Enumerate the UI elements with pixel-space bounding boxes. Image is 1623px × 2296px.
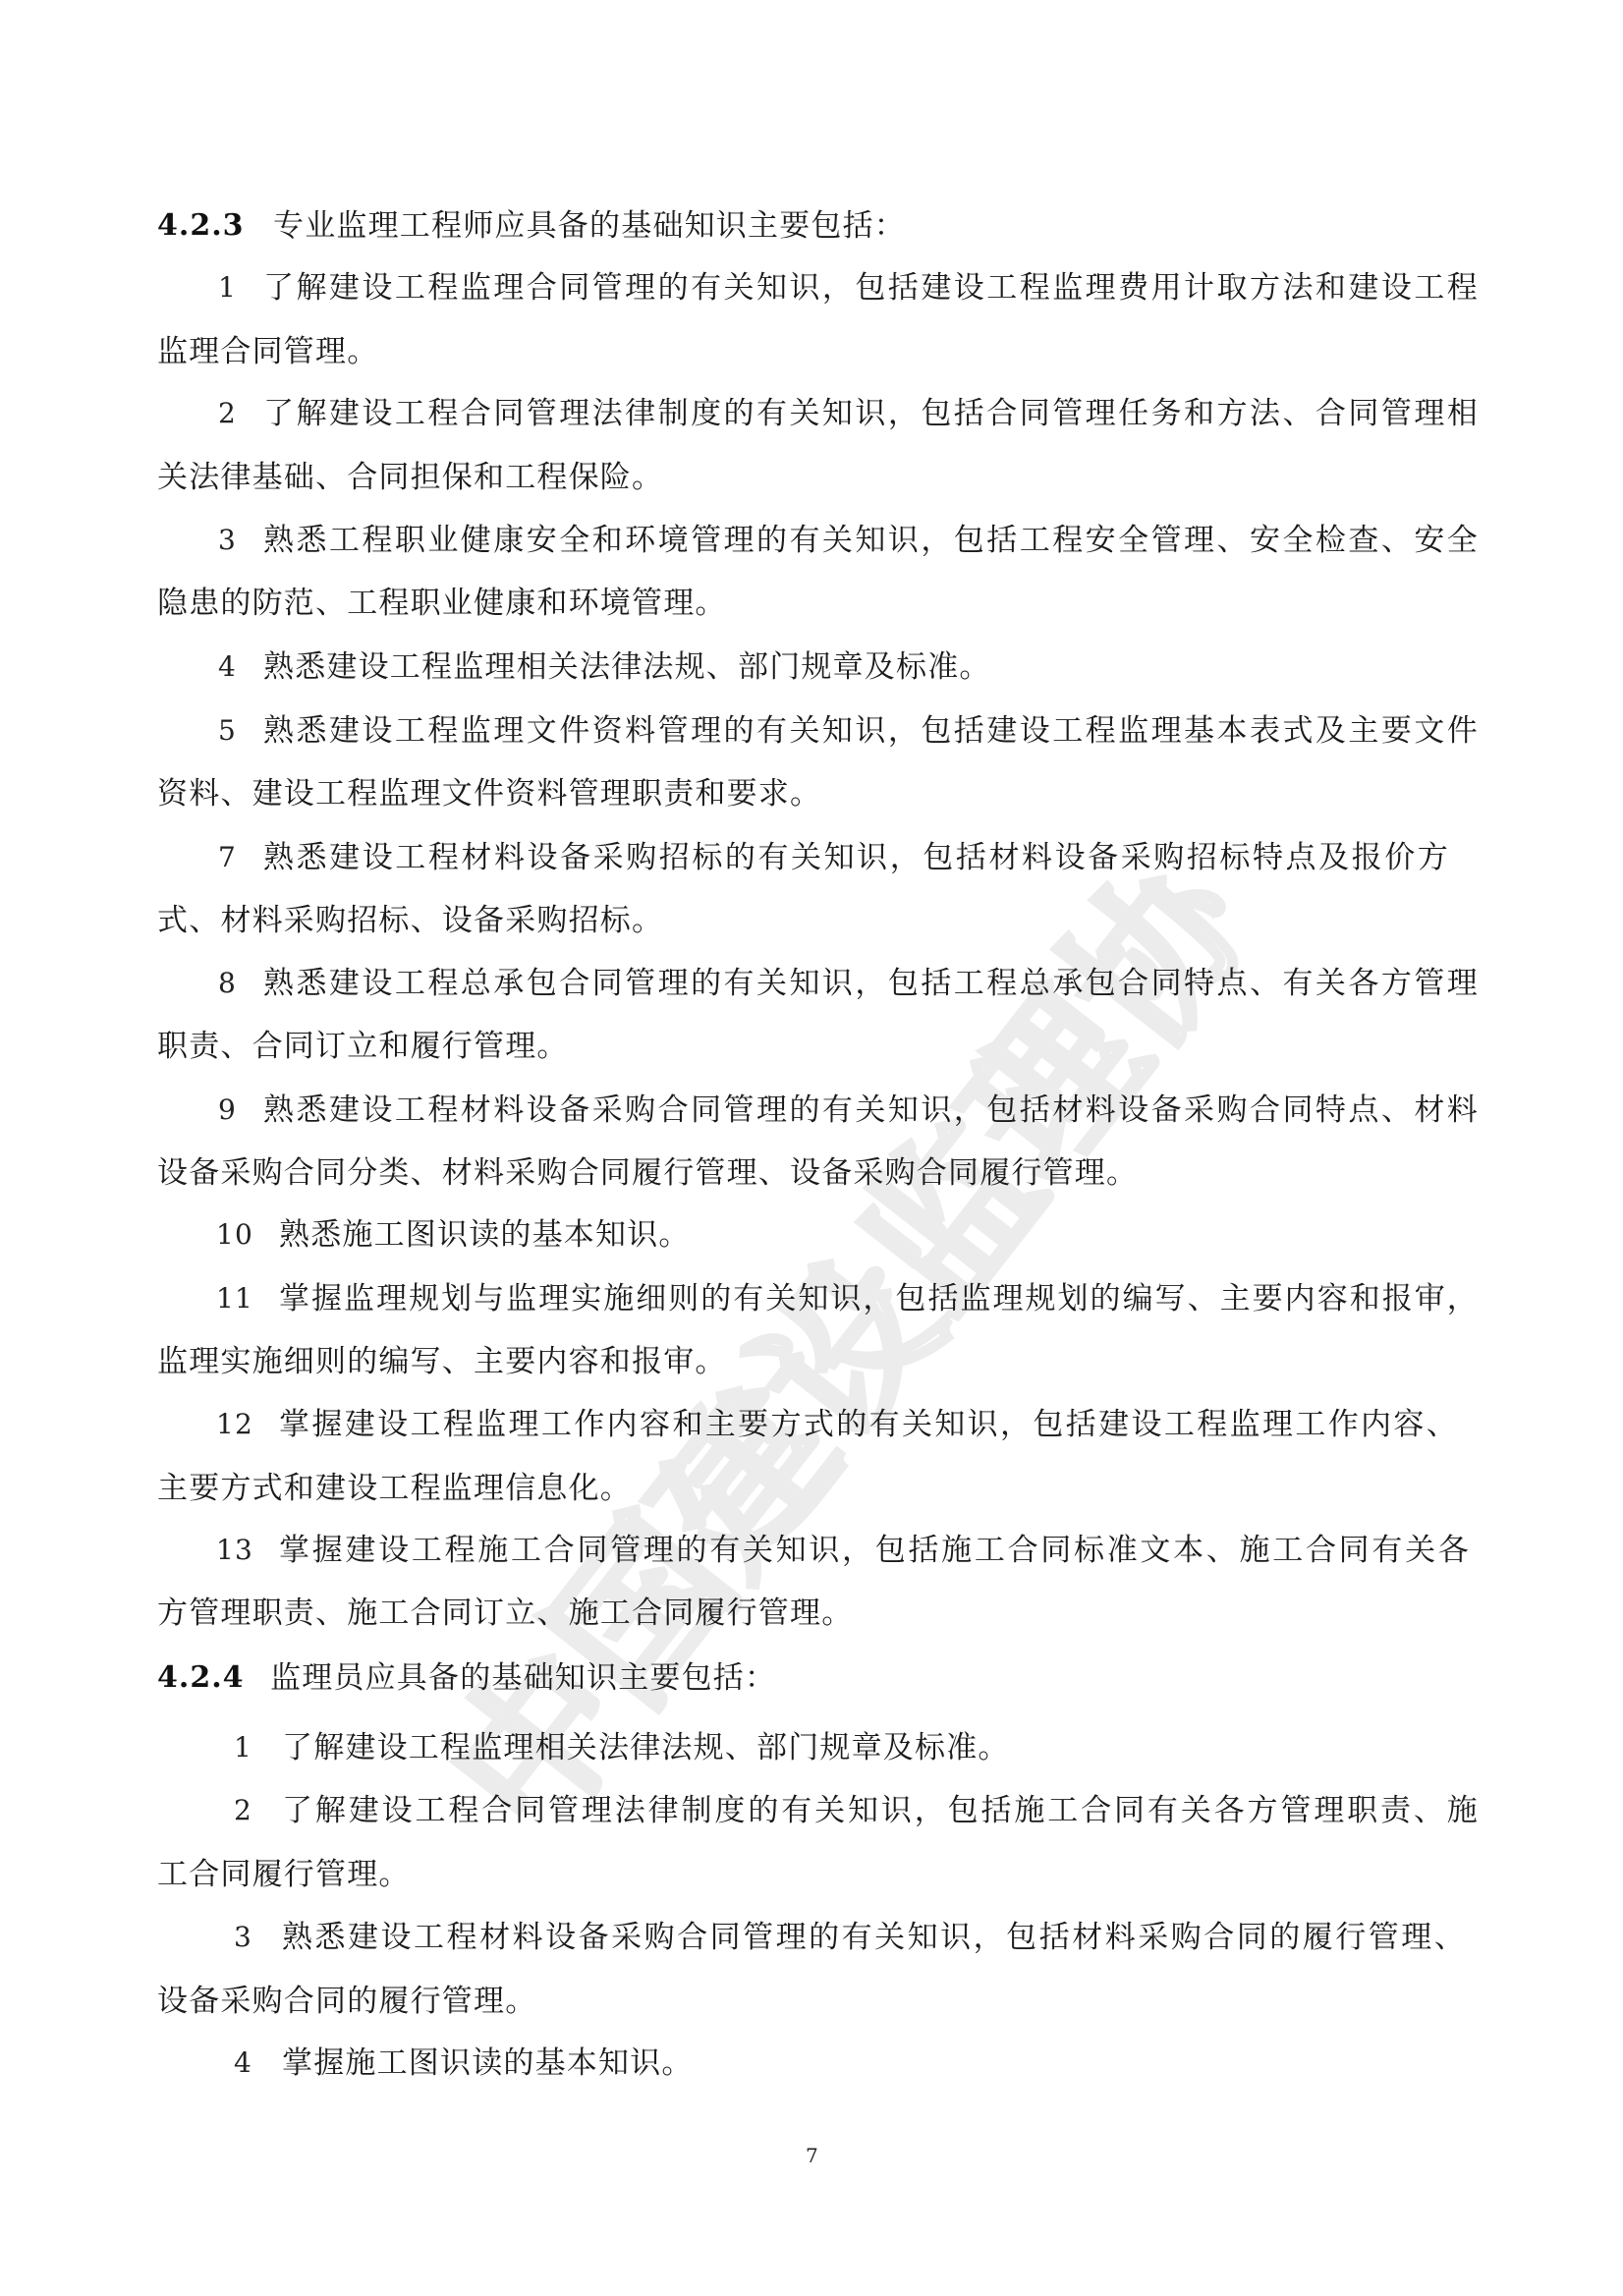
item-text: 监理合同管理。 — [157, 330, 378, 373]
item-text: 掌​握​建​设​工​程​监​理​工​作​内​容​和​主​要​方​式​的​有​关​… — [279, 1403, 1458, 1446]
item-text: 掌​握​建​设​工​程​施​工​合​同​管​理​的​有​关​知​识​，​包​括​… — [279, 1529, 1470, 1572]
item-text: 熟悉建设工程监理相关法律法规、部门规章及标准。 — [263, 645, 991, 689]
list-item: 7 熟​悉​建​设​工​程​材​料​设​备​采​购​招​标​的​有​关​知​识​… — [157, 836, 1479, 879]
item-number: 8 — [218, 962, 237, 1005]
list-item: 1 了解建设工程监理相关法律法规、部门规章及标准。 — [157, 1726, 1479, 1769]
list-item: 11 掌​握​监​理​规​划​与​监​理​实​施​细​则​的​有​关​知​识​，… — [157, 1277, 1479, 1320]
list-item: 9 熟​悉​建​设​工​程​材​料​设​备​采​购​合​同​管​理​的​有​关​… — [157, 1089, 1479, 1132]
item-number: 1 — [218, 266, 237, 309]
item-number: 12 — [216, 1403, 253, 1446]
list-item: 4 掌握施工图识读的基本知识。 — [157, 2042, 1479, 2085]
item-number: 2 — [234, 1789, 252, 1832]
list-item: 12 掌​握​建​设​工​程​监​理​工​作​内​容​和​主​要​方​式​的​有… — [157, 1403, 1479, 1446]
item-text: 熟​悉​建​设​工​程​监​理​文​件​资​料​管​理​的​有​关​知​识​，​… — [263, 709, 1479, 753]
list-item: 10 熟悉施工图识读的基本知识。 — [157, 1213, 1479, 1257]
item-text: 隐患的防范、工程职业健康和环境管理。 — [157, 582, 727, 625]
list-item-continuation: 方管理职责、施工合同订立、施工合同履行管理。 — [157, 1592, 1479, 1635]
list-item: 2 了​解​建​设​工​程​合​同​管​理​法​律​制​度​的​有​关​知​识​… — [157, 1789, 1479, 1832]
list-item: 4 熟悉建设工程监理相关法律法规、部门规章及标准。 — [157, 645, 1479, 689]
list-item-continuation: 设备采购合同的履行管理。 — [157, 1980, 1479, 2023]
list-item: 3 熟​悉​工​程​职​业​健​康​安​全​和​环​境​管​理​的​有​关​知​… — [157, 519, 1479, 562]
item-text: 了​解​建​设​工​程​监​理​合​同​管​理​的​有​关​知​识​，​包​括​… — [263, 266, 1479, 309]
list-item: 2 了​解​建​设​工​程​合​同​管​理​法​律​制​度​的​有​关​知​识​… — [157, 392, 1479, 435]
item-text: 熟​悉​建​设​工​程​材​料​设​备​采​购​招​标​的​有​关​知​识​，​… — [263, 836, 1449, 879]
document-page: 中国建设监理协 4.2.3 专业监理工程师应具备的基础知识主要包括： 1 了​解… — [0, 0, 1623, 2296]
item-number: 5 — [218, 709, 237, 753]
item-text: 主要方式和建设工程监理信息化。 — [157, 1467, 632, 1510]
item-text: 监理实施细则的编写、主要内容和报审。 — [157, 1340, 727, 1383]
item-text: 熟悉施工图识读的基本知识。 — [279, 1213, 691, 1257]
item-text: 熟​悉​建​设​工​程​材​料​设​备​采​购​合​同​管​理​的​有​关​知​… — [263, 1089, 1479, 1132]
item-number: 1 — [234, 1726, 252, 1769]
page-number: 7 — [806, 2144, 818, 2167]
item-text: 式、材料采购招标、设备采购招标。 — [157, 899, 663, 942]
list-item-continuation: 关法律基础、合同担保和工程保险。 — [157, 456, 1479, 499]
list-item: 3 熟​悉​建​设​工​程​材​料​设​备​采​购​合​同​管​理​的​有​关​… — [157, 1916, 1479, 1959]
item-text: 方管理职责、施工合同订立、施工合同履行管理。 — [157, 1592, 853, 1635]
item-number: 11 — [216, 1277, 253, 1320]
list-item-continuation: 式、材料采购招标、设备采购招标。 — [157, 899, 1479, 942]
section-heading: 4.2.3 专业监理工程师应具备的基础知识主要包括： — [157, 204, 1483, 248]
item-number: 3 — [218, 519, 237, 562]
item-text: 关法律基础、合同担保和工程保险。 — [157, 456, 663, 499]
item-text: 设备采购合同的履行管理。 — [157, 1980, 536, 2023]
list-item-continuation: 监理实施细则的编写、主要内容和报审。 — [157, 1340, 1479, 1383]
list-item: 1 了​解​建​设​工​程​监​理​合​同​管​理​的​有​关​知​识​，​包​… — [157, 266, 1479, 309]
item-text: 了​解​建​设​工​程​合​同​管​理​法​律​制​度​的​有​关​知​识​，​… — [263, 392, 1479, 435]
item-text: 熟​悉​建​设​工​程​材​料​设​备​采​购​合​同​管​理​的​有​关​知​… — [282, 1916, 1466, 1959]
section-number: 4.2.3 — [157, 204, 245, 248]
item-text: 了解建设工程监理相关法律法规、部门规章及标准。 — [282, 1726, 1010, 1769]
item-number: 2 — [218, 392, 237, 435]
item-text: 掌握施工图识读的基本知识。 — [282, 2042, 694, 2085]
item-number: 4 — [218, 645, 237, 689]
list-item-continuation: 工合同履行管理。 — [157, 1853, 1479, 1896]
item-number: 10 — [216, 1213, 253, 1257]
item-number: 7 — [218, 836, 237, 879]
list-item-continuation: 资料、建设工程监理文件资料管理职责和要求。 — [157, 772, 1479, 815]
item-text: 设备采购合同分类、材料采购合同履行管理、设备采购合同履行管理。 — [157, 1151, 1138, 1195]
section-number: 4.2.4 — [157, 1656, 245, 1700]
item-text: 掌​握​监​理​规​划​与​监​理​实​施​细​则​的​有​关​知​识​，​包​… — [279, 1277, 1479, 1320]
section-heading: 4.2.4 监理员应具备的基础知识主要包括： — [157, 1656, 1483, 1700]
list-item-continuation: 职责、合同订立和履行管理。 — [157, 1025, 1479, 1068]
item-text: 熟​悉​建​设​工​程​总​承​包​合​同​管​理​的​有​关​知​识​，​包​… — [263, 962, 1479, 1005]
list-item-continuation: 设备采购合同分类、材料采购合同履行管理、设备采购合同履行管理。 — [157, 1151, 1479, 1195]
list-item-continuation: 监理合同管理。 — [157, 330, 1479, 373]
list-item: 13 掌​握​建​设​工​程​施​工​合​同​管​理​的​有​关​知​识​，​包… — [157, 1529, 1479, 1572]
item-number: 4 — [234, 2042, 252, 2085]
item-text: 工合同履行管理。 — [157, 1853, 411, 1896]
list-item-continuation: 主要方式和建设工程监理信息化。 — [157, 1467, 1479, 1510]
list-item-continuation: 隐患的防范、工程职业健康和环境管理。 — [157, 582, 1479, 625]
item-number: 3 — [234, 1916, 252, 1959]
section-title: 专业监理工程师应具备的基础知识主要包括： — [273, 204, 906, 248]
item-text: 职责、合同订立和履行管理。 — [157, 1025, 569, 1068]
item-text: 了​解​建​设​工​程​合​同​管​理​法​律​制​度​的​有​关​知​识​，​… — [282, 1789, 1479, 1832]
item-text: 熟​悉​工​程​职​业​健​康​安​全​和​环​境​管​理​的​有​关​知​识​… — [263, 519, 1479, 562]
item-number: 9 — [218, 1089, 237, 1132]
list-item: 5 熟​悉​建​设​工​程​监​理​文​件​资​料​管​理​的​有​关​知​识​… — [157, 709, 1479, 753]
list-item: 8 熟​悉​建​设​工​程​总​承​包​合​同​管​理​的​有​关​知​识​，​… — [157, 962, 1479, 1005]
section-title: 监理员应具备的基础知识主要包括： — [270, 1656, 776, 1700]
item-text: 资料、建设工程监理文件资料管理职责和要求。 — [157, 772, 821, 815]
item-number: 13 — [216, 1529, 253, 1572]
